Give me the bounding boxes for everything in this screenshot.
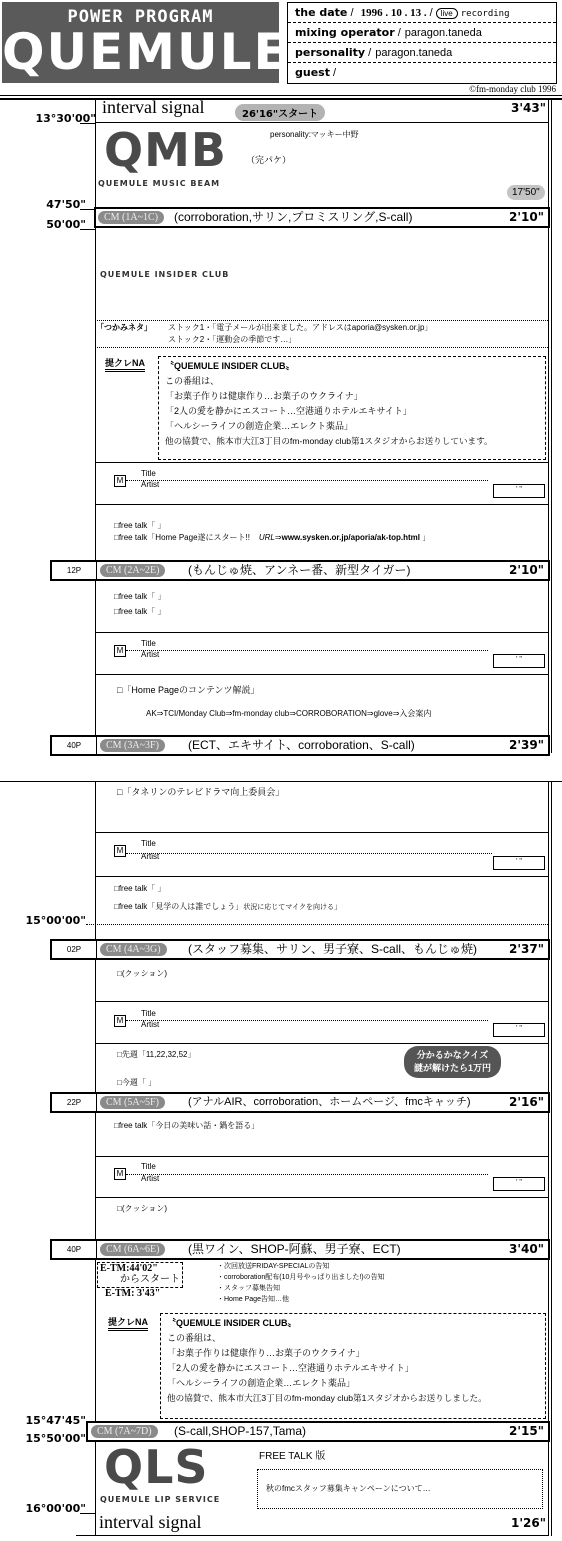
na-line: 「ヘルシーライフの創造企業…エレクト薬品」 bbox=[165, 419, 539, 434]
row-line bbox=[95, 1156, 549, 1157]
sep: / bbox=[350, 7, 353, 19]
row-line bbox=[95, 832, 549, 833]
na-script: 〝QUEMULE INSIDER CLUB〟 この番組は、 「お菓子作りは健康作… bbox=[158, 356, 546, 460]
row-line bbox=[95, 632, 549, 633]
na-title: 〝QUEMULE INSIDER CLUB〟 bbox=[165, 359, 539, 374]
na-script: 〝QUEMULE INSIDER CLUB〟 この番組は、 「お菓子作りは健康作… bbox=[160, 1313, 546, 1419]
cm-code: CM (2A~2E) bbox=[100, 564, 165, 577]
cm-row: 22P CM (5A~5F) (アナルAIR、corroboration、ホーム… bbox=[50, 1092, 550, 1113]
interval-signal: interval signal bbox=[99, 1512, 201, 1533]
date-label: the date bbox=[295, 6, 347, 19]
talk-item: □free talk「 」 bbox=[114, 882, 166, 895]
cm-duration: 2'37" bbox=[509, 942, 544, 957]
music-icon: M bbox=[114, 645, 126, 657]
copyright: ©fm-monday club 1996 bbox=[469, 84, 556, 94]
time-marker: 15°00'00" bbox=[25, 914, 86, 927]
tick bbox=[80, 209, 95, 210]
music-title: Title bbox=[141, 640, 156, 648]
tick bbox=[80, 229, 95, 230]
personality-row: personality /paragon.taneda bbox=[288, 43, 556, 63]
music-artist: Artist bbox=[141, 853, 159, 861]
stock-2: ストック2・「運動会の季節です…」 bbox=[168, 333, 296, 346]
start-badge: 26'16"スタート bbox=[235, 104, 325, 121]
tick bbox=[80, 1513, 95, 1514]
na-line: 「ヘルシーライフの創造企業…エレクト薬品」 bbox=[167, 1376, 539, 1391]
music-icon: M bbox=[114, 1015, 126, 1027]
date-row: the date / 1996 . 10 . 13 . /liverecordi… bbox=[288, 3, 556, 23]
info-panel: the date / 1996 . 10 . 13 . /liverecordi… bbox=[287, 2, 557, 84]
cm-row: 12P CM (2A~2E) (もんじゅ焼、アンネー番、新型タイガー) 2'10… bbox=[50, 560, 550, 581]
logo-title: QUEMULE bbox=[2, 26, 279, 78]
homepage-item: □「Home Pageのコンテンツ解説」 bbox=[117, 683, 260, 698]
cm-sponsors: (corroboration,サリン,プロミスリング,S-call) bbox=[174, 210, 412, 225]
music-time-box[interactable]: ' " bbox=[493, 654, 545, 668]
mixing-label: mixing operator bbox=[295, 26, 395, 39]
program-logo: POWER PROGRAM QUEMULE bbox=[2, 2, 279, 83]
interval-signal: interval signal bbox=[102, 97, 204, 118]
qic-name: QUEMULE INSIDER CLUB bbox=[100, 270, 229, 279]
bottom-line bbox=[76, 1535, 549, 1536]
time-marker: 15°50'00" bbox=[25, 1432, 86, 1445]
music-title: Title bbox=[141, 1163, 156, 1171]
last-week-item: □先週「11,22,32,52」 bbox=[117, 1048, 196, 1061]
cm-duration: 2'39" bbox=[509, 738, 544, 753]
cm-duration: 2'10" bbox=[509, 563, 544, 578]
cm-duration: 2'15" bbox=[509, 1424, 544, 1439]
mixing-value: paragon.taneda bbox=[405, 27, 482, 39]
notice-list: ・次回放送FRIDAY-SPECIALの告知 ・corroboration配布(… bbox=[217, 1261, 385, 1305]
dotted-line bbox=[86, 924, 548, 925]
qmb-name: QUEMULE MUSIC BEAM bbox=[98, 179, 220, 188]
recording-label: recording bbox=[461, 9, 510, 19]
dotted-line bbox=[126, 1174, 488, 1175]
url-link[interactable]: www.sysken.or.jp/aporia/ak-top.html bbox=[282, 533, 420, 542]
cm-row: 02P CM (4A~3G) (スタッフ募集、サリン、男子寮、S-call、もん… bbox=[50, 939, 550, 960]
qmb-time-badge: 17'50" bbox=[507, 185, 545, 200]
na-line: 他の協賛で、熊本市大江3丁目のfm-monday club第1スタジオからお送り… bbox=[167, 1391, 539, 1406]
notice-item: ・Home Page告知…他 bbox=[217, 1294, 385, 1305]
tsukami-label: 「つかみネタ」 bbox=[96, 321, 152, 334]
row-line bbox=[95, 462, 549, 463]
sep: / bbox=[398, 27, 401, 39]
cm-sponsors: (S-call,SHOP-157,Tama) bbox=[174, 1424, 306, 1439]
talk-item: □free talk「見学の人は誰でしょう」状況に応じてマイクを向ける」 bbox=[114, 900, 342, 914]
sep: / bbox=[368, 47, 371, 59]
talk-item: □free talk「今日の美味い話・鍋を語る」 bbox=[114, 1119, 259, 1132]
dotted-line bbox=[126, 1020, 488, 1021]
cm-page: 02P bbox=[52, 941, 97, 958]
cm-row: CM (7A~7D) (S-call,SHOP-157,Tama) 2'15" bbox=[86, 1421, 550, 1442]
na-line: 「お菓子作りは健康作り…お菓子のウクライナ」 bbox=[167, 1346, 539, 1361]
topic-text: 秋のfmcスタッフ募集キャンペーンについて… bbox=[266, 1482, 431, 1495]
music-time-box[interactable]: ' " bbox=[493, 1023, 545, 1037]
frame-right2 bbox=[551, 781, 552, 1536]
qmb-personality: personality:マッキー中野 bbox=[270, 128, 359, 141]
notice-item: ・スタッフ募集告知 bbox=[217, 1283, 385, 1294]
music-artist: Artist bbox=[141, 651, 159, 659]
divider bbox=[0, 95, 562, 96]
na-line: この番組は、 bbox=[165, 374, 539, 389]
music-artist: Artist bbox=[141, 1175, 159, 1183]
page-divider bbox=[0, 781, 562, 782]
url-label: URL⇒ bbox=[259, 533, 282, 542]
na-line: 他の協賛で、熊本市大江3丁目のfm-monday club第1スタジオからお送り… bbox=[165, 434, 539, 449]
time-marker: 15°47'45" bbox=[25, 1414, 86, 1427]
quiz-title: 分かるかなクイズ bbox=[414, 1049, 491, 1062]
frame-left bbox=[95, 98, 96, 753]
tick bbox=[80, 123, 95, 124]
notice-item: ・corroboration配布(10月号やっぱり出ました!)の告知 bbox=[217, 1272, 385, 1283]
row-line bbox=[95, 1001, 549, 1002]
music-artist: Artist bbox=[141, 1021, 159, 1029]
na-line: 「お菓子作りは健康作り…お菓子のウクライナ」 bbox=[165, 389, 539, 404]
taneri-item: □「タネリンのテレビドラマ向上委員会」 bbox=[117, 785, 284, 800]
music-icon: M bbox=[114, 845, 126, 857]
row-line bbox=[95, 1197, 549, 1198]
music-time-box[interactable]: ' " bbox=[493, 484, 545, 498]
dotted-line bbox=[95, 347, 548, 348]
talk-text: □free talk「見学の人は誰でしょう」 bbox=[114, 902, 243, 911]
cm-sponsors: (アナルAIR、corroboration、ホームページ、fmcキャッチ) bbox=[188, 1095, 471, 1110]
cm-duration: 2'10" bbox=[509, 210, 544, 225]
dotted-line bbox=[126, 650, 488, 651]
cm-code: CM (7A~7D) bbox=[91, 1425, 158, 1438]
cm-page: 40P bbox=[52, 1241, 97, 1258]
etm-start: E-TM:44'02" bbox=[100, 1263, 180, 1274]
homepage-path: AK⇒TCI/Monday Club⇒fm-monday club⇒CORROB… bbox=[146, 707, 431, 720]
qmb-note: （完パケ） bbox=[246, 153, 291, 168]
personality-label: personality bbox=[295, 46, 365, 59]
etm-note: からスタート bbox=[100, 1274, 180, 1285]
music-artist: Artist bbox=[141, 481, 159, 489]
personality-value: paragon.taneda bbox=[375, 47, 452, 59]
talk-item: □free talk「 」 bbox=[114, 590, 166, 603]
music-time-box[interactable]: ' " bbox=[493, 1177, 545, 1191]
row-line bbox=[95, 1043, 549, 1044]
na-line: この番組は、 bbox=[167, 1331, 539, 1346]
row-line bbox=[95, 504, 549, 505]
quiz-badge: 分かるかなクイズ 謎が解けたら1万円 bbox=[404, 1046, 501, 1078]
talk-item: □free talk「 」 bbox=[114, 605, 166, 618]
qmb-logo: QMB bbox=[104, 127, 227, 173]
cushion-item: □(クッション) bbox=[117, 1202, 167, 1215]
cm-page: 22P bbox=[52, 1094, 97, 1111]
talk-note: 状況に応じてマイクを向ける bbox=[243, 904, 334, 911]
music-time-box[interactable]: ' " bbox=[493, 856, 545, 870]
talk-text: 」 bbox=[422, 533, 430, 542]
talk-text: □free talk「Home Page遂にスタート!! bbox=[114, 533, 250, 542]
this-week-item: □今週「 」 bbox=[117, 1076, 156, 1089]
cm-code: CM (1A~1C) bbox=[98, 211, 164, 224]
cm-row: 40P CM (3A~3F) (ECT、エキサイト、corroboration、… bbox=[50, 735, 550, 756]
cm-page: 12P bbox=[52, 562, 97, 579]
sep: / bbox=[430, 7, 433, 19]
cushion-item: □(クッション) bbox=[117, 967, 167, 980]
music-title: Title bbox=[141, 840, 156, 848]
free-talk-label: FREE TALK 版 bbox=[259, 1449, 325, 1464]
sep: / bbox=[333, 67, 336, 79]
row-line bbox=[95, 674, 549, 675]
music-icon: M bbox=[114, 1168, 126, 1180]
duration: 3'43" bbox=[511, 101, 546, 115]
divider bbox=[0, 98, 562, 100]
notice-item: ・次回放送FRIDAY-SPECIALの告知 bbox=[217, 1261, 385, 1272]
dotted-line bbox=[126, 853, 492, 854]
qls-name: QUEMULE LIP SERVICE bbox=[100, 1495, 220, 1504]
cm-sponsors: (ECT、エキサイト、corroboration、S-call) bbox=[188, 738, 415, 753]
cm-row: CM (1A~1C) (corroboration,サリン,プロミスリング,S-… bbox=[94, 207, 550, 228]
time-marker: 16°00'00" bbox=[25, 1502, 86, 1515]
cm-code: CM (3A~3F) bbox=[100, 739, 165, 752]
dotted-line bbox=[126, 480, 488, 481]
cm-sponsors: (黒ワイン、SHOP-阿蘇、男子寮、ECT) bbox=[188, 1242, 401, 1257]
live-badge: live bbox=[436, 8, 458, 19]
qls-logo: QLS bbox=[104, 1444, 209, 1490]
na-label: 提クレNA bbox=[108, 1317, 148, 1331]
cm-code: CM (5A~5F) bbox=[100, 1096, 165, 1109]
music-icon: M bbox=[114, 475, 126, 487]
na-title: 〝QUEMULE INSIDER CLUB〟 bbox=[167, 1316, 539, 1331]
cm-sponsors: (もんじゅ焼、アンネー番、新型タイガー) bbox=[188, 563, 411, 578]
frame-right2 bbox=[551, 98, 552, 753]
duration: 1'26" bbox=[511, 1516, 546, 1530]
cm-row: 40P CM (6A~6E) (黒ワイン、SHOP-阿蘇、男子寮、ECT) 3'… bbox=[50, 1239, 550, 1260]
cm-sponsors: (スタッフ募集、サリン、男子寮、S-call、もんじゅ焼) bbox=[188, 942, 477, 957]
cm-code: CM (4A~3G) bbox=[100, 943, 167, 956]
topic-box: 秋のfmcスタッフ募集キャンペーンについて… bbox=[257, 1469, 543, 1509]
row-line bbox=[95, 876, 549, 877]
quiz-prize: 謎が解けたら1万円 bbox=[414, 1062, 491, 1075]
qic-logo: QIC bbox=[104, 222, 197, 268]
etm-box: E-TM:44'02" からスタート bbox=[97, 1262, 183, 1288]
cm-duration: 3'40" bbox=[509, 1242, 544, 1257]
date-value: 1996 . 10 . 13 . bbox=[361, 7, 427, 19]
guest-label: guest bbox=[295, 66, 330, 79]
guest-row: guest / bbox=[288, 63, 556, 83]
na-line: 「2人の愛を静かにエスコート…空港通りホテルエキサイト」 bbox=[165, 404, 539, 419]
na-label: 提クレNA bbox=[105, 358, 145, 372]
frame-right bbox=[548, 98, 549, 753]
cm-page: 40P bbox=[52, 737, 97, 754]
music-title: Title bbox=[141, 1010, 156, 1018]
mixing-row: mixing operator /paragon.taneda bbox=[288, 23, 556, 43]
talk-item: □free talk「Home Page遂にスタート!! URL⇒www.sys… bbox=[114, 531, 430, 544]
cm-code: CM (6A~6E) bbox=[100, 1243, 165, 1256]
music-title: Title bbox=[141, 470, 156, 478]
na-line: 「2人の愛を静かにエスコート…空港通りホテルエキサイト」 bbox=[167, 1361, 539, 1376]
etm-duration: E-TM: 3'43" bbox=[105, 1288, 160, 1299]
cm-duration: 2'16" bbox=[509, 1095, 544, 1110]
